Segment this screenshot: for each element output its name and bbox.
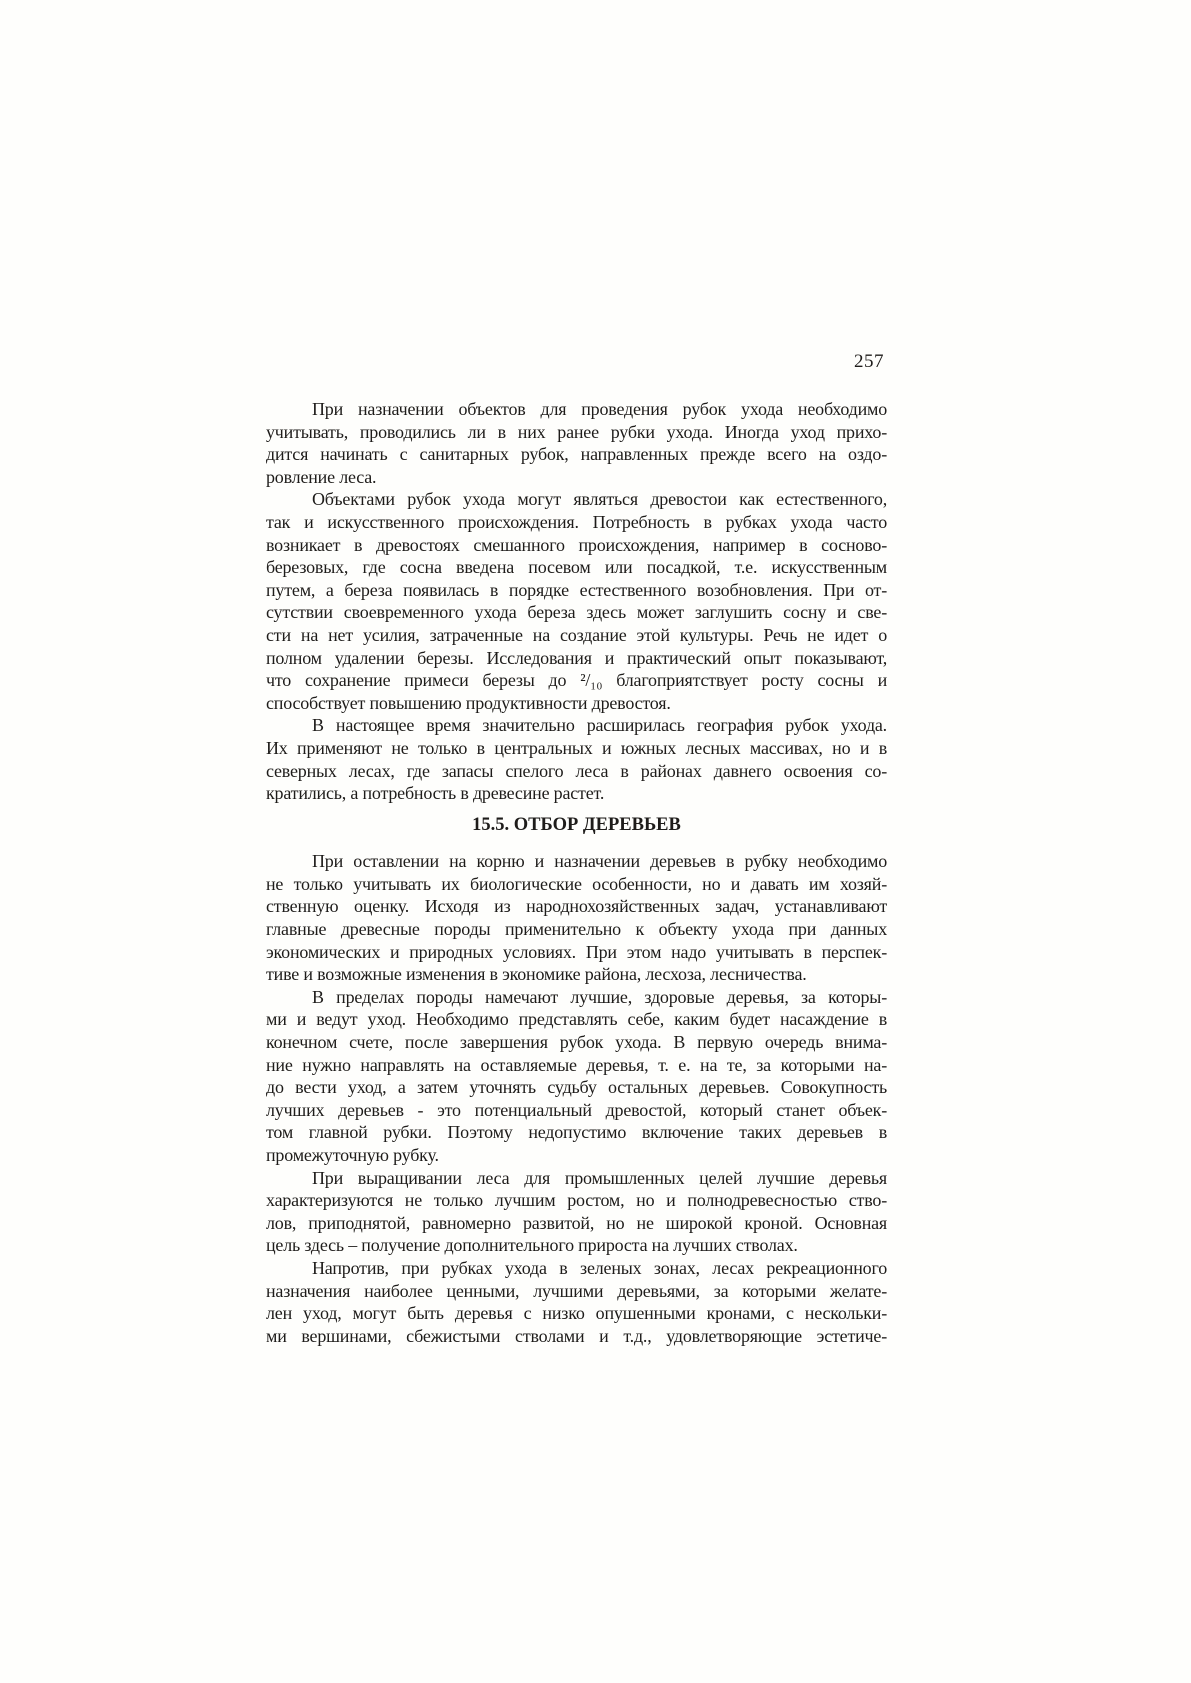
text-line: не только учитывать их биологические осо… — [266, 873, 887, 896]
text-line: экономических и природных условиях. При … — [266, 941, 887, 964]
text-line: лен уход, могут быть деревья с низко опу… — [266, 1302, 887, 1325]
text-line: кратились, а потребность в древесине рас… — [266, 782, 887, 805]
text-line: сутствии своевременного ухода береза зде… — [266, 601, 887, 624]
text-line: Напротив, при рубках ухода в зеленых зон… — [266, 1257, 887, 1280]
text-line: главные древесные породы применительно к… — [266, 918, 887, 941]
text-line: том главной рубки. Поэтому недопустимо в… — [266, 1121, 887, 1144]
text-line: возникает в древостоях смешанного происх… — [266, 534, 887, 557]
text-line: ровление леса. — [266, 466, 887, 489]
text-line: При оставлении на корню и назначении дер… — [266, 850, 887, 873]
text-line: лов, приподнятой, равномерно развитой, н… — [266, 1212, 887, 1235]
text-line: полном удалении березы. Исследования и п… — [266, 647, 887, 670]
text-line: ми и ведут уход. Необходимо представлять… — [266, 1008, 887, 1031]
paragraph: При выращивании леса для промышленных це… — [266, 1167, 887, 1257]
text-line: конечном счете, после завершения рубок у… — [266, 1031, 887, 1054]
text-line: характеризуются не только лучшим ростом,… — [266, 1189, 887, 1212]
text-line: ми вершинами, сбежистыми стволами и т.д.… — [266, 1325, 887, 1348]
text-line: до вести уход, а затем уточнять судьбу о… — [266, 1076, 887, 1099]
scanned-book-page: 257 При назначении объектов для проведен… — [0, 0, 1191, 1683]
text-column: При назначении объектов для проведения р… — [266, 398, 887, 1347]
text-line: дится начинать с санитарных рубок, напра… — [266, 443, 887, 466]
paragraph: В настоящее время значительно расширилас… — [266, 714, 887, 804]
text-line: лучших деревьев - это потенциальный древ… — [266, 1099, 887, 1122]
text-line: путем, а береза появилась в порядке есте… — [266, 579, 887, 602]
page-number: 257 — [854, 351, 884, 373]
text-line: При назначении объектов для проведения р… — [266, 398, 887, 421]
text-line: ние нужно направлять на оставляемые дере… — [266, 1054, 887, 1077]
text-line: назначения наиболее ценными, лучшими дер… — [266, 1280, 887, 1303]
paragraph: Напротив, при рубках ухода в зеленых зон… — [266, 1257, 887, 1347]
text-line: березовых, где сосна введена посевом или… — [266, 556, 887, 579]
text-line: В пределах породы намечают лучшие, здоро… — [266, 986, 887, 1009]
text-line: тиве и возможные изменения в экономике р… — [266, 963, 887, 986]
text-line: что сохранение примеси березы до ²/₁₀ бл… — [266, 669, 887, 692]
paragraph: При оставлении на корню и назначении дер… — [266, 850, 887, 986]
text-line: При выращивании леса для промышленных це… — [266, 1167, 887, 1190]
text-line: ственную оценку. Исходя из народнохозяйс… — [266, 895, 887, 918]
text-line: способствует повышению продуктивности др… — [266, 692, 887, 715]
text-line: Объектами рубок ухода могут являться дре… — [266, 488, 887, 511]
text-line: В настоящее время значительно расширилас… — [266, 714, 887, 737]
section-heading: 15.5. ОТБОР ДЕРЕВЬЕВ — [266, 814, 887, 837]
text-line: учитывать, проводились ли в них ранее ру… — [266, 421, 887, 444]
paragraph: Объектами рубок ухода могут являться дре… — [266, 488, 887, 714]
text-line: промежуточную рубку. — [266, 1144, 887, 1167]
text-line: северных лесах, где запасы спелого леса … — [266, 760, 887, 783]
text-line: цель здесь – получение дополнительного п… — [266, 1234, 887, 1257]
text-line: Их применяют не только в центральных и ю… — [266, 737, 887, 760]
text-line: сти на нет усилия, затраченные на создан… — [266, 624, 887, 647]
paragraph: При назначении объектов для проведения р… — [266, 398, 887, 488]
text-line: так и искусственного происхождения. Потр… — [266, 511, 887, 534]
paragraph: В пределах породы намечают лучшие, здоро… — [266, 986, 887, 1167]
